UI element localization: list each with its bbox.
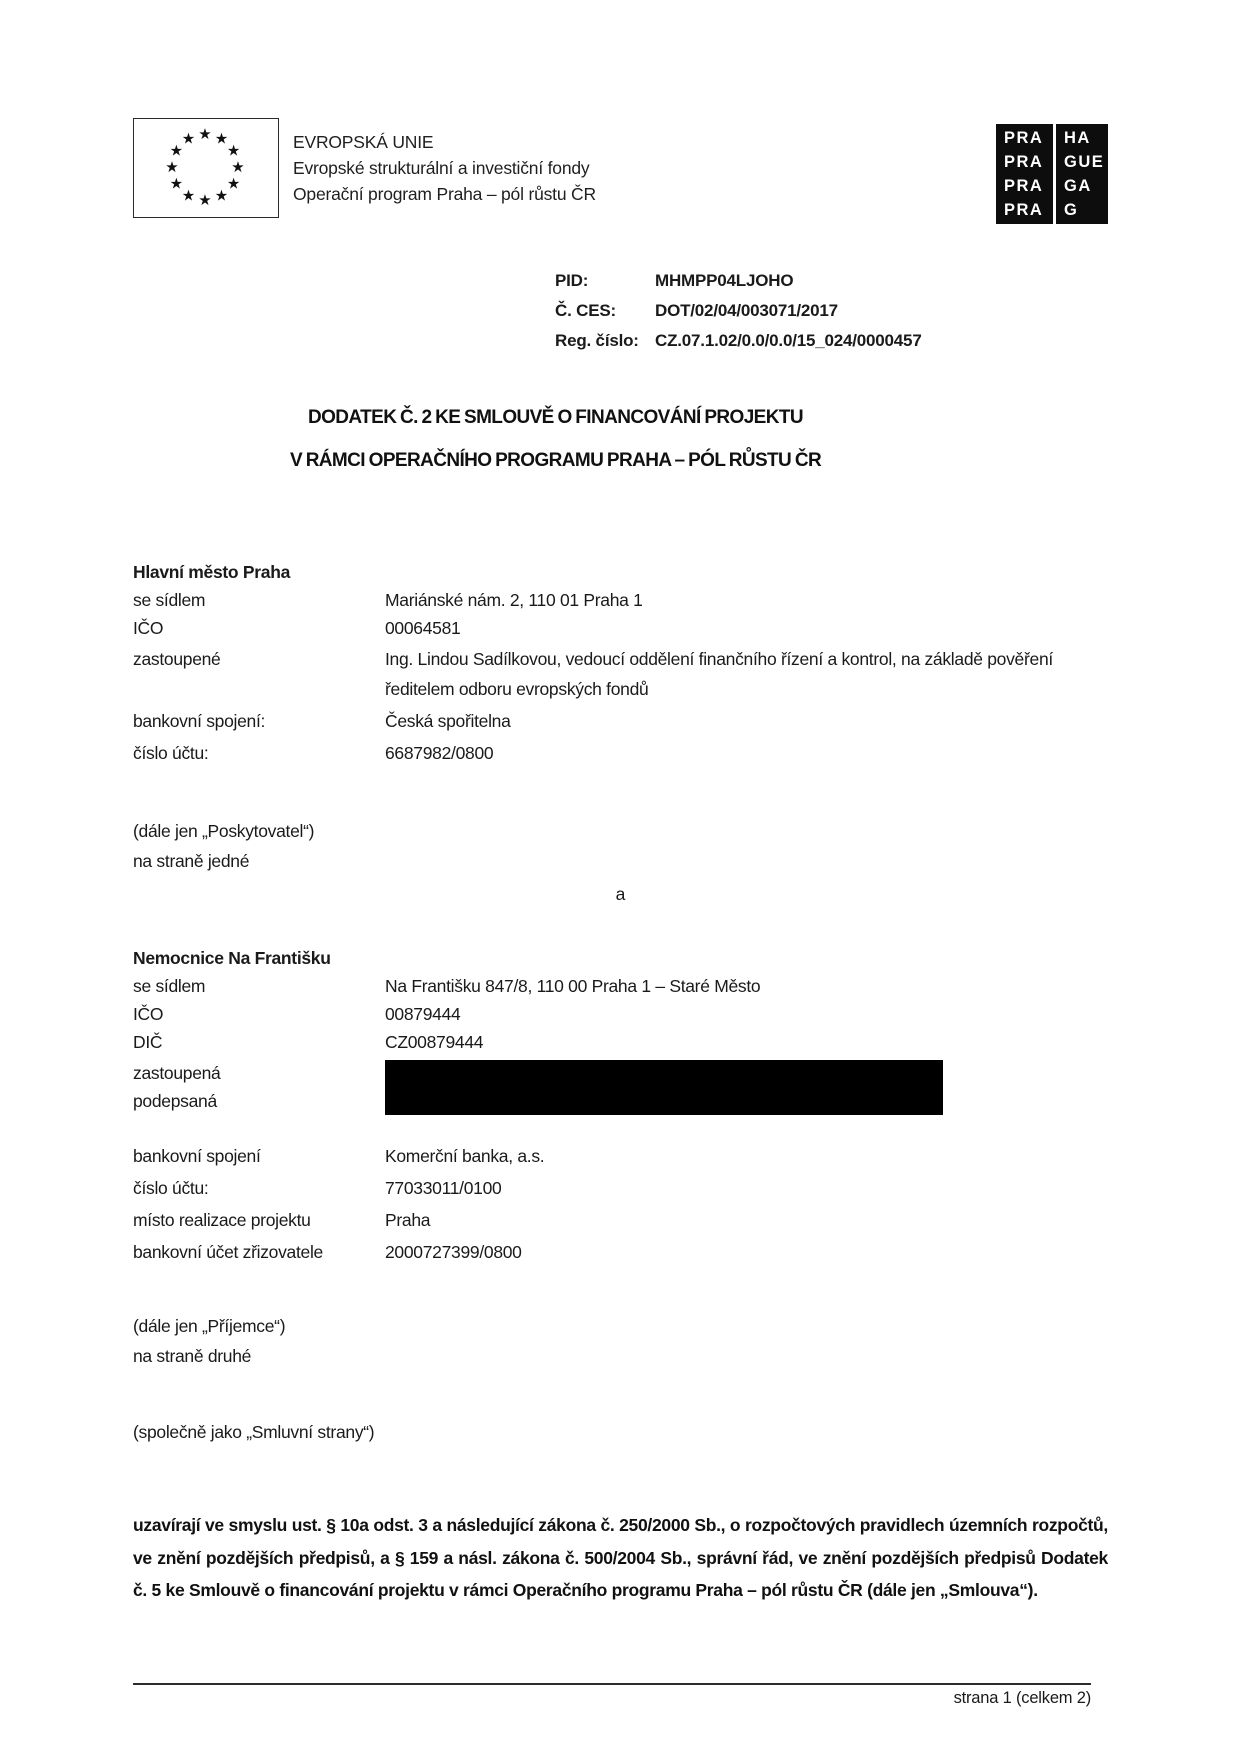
row-label: číslo účtu: [133, 738, 385, 768]
title-line1: DODATEK Č. 2 KE SMLOUVĚ O FINANCOVÁNÍ PR… [133, 396, 978, 439]
party1-side: na straně jedné [133, 846, 1108, 876]
pid-label: PID: [555, 266, 655, 296]
svg-text:★: ★ [198, 191, 211, 209]
row-value: CZ00879444 [385, 1028, 1108, 1056]
row-value: Na Františku 847/8, 110 00 Praha 1 – Sta… [385, 972, 1108, 1000]
row-label: IČO [133, 1000, 385, 1028]
row-label: podepsaná [133, 1087, 385, 1115]
party2-row-misto: místo realizace projektu Praha [133, 1205, 1108, 1235]
row-label: zastoupené [133, 644, 385, 704]
ces-line: Č. CES: DOT/02/04/003071/2017 [555, 296, 1108, 326]
praha-logo-text: G [1064, 198, 1101, 222]
party2-bank-rows: bankovní spojení Komerční banka, a.s. čí… [133, 1141, 1108, 1267]
svg-text:★: ★ [227, 175, 240, 193]
party1-name: Hlavní město Praha [133, 558, 1108, 586]
ces-value: DOT/02/04/003071/2017 [655, 296, 838, 326]
row-label: bankovní účet zřizovatele [133, 1237, 385, 1267]
praha-logo-text: PRA [1004, 198, 1046, 222]
party1-row-ucet: číslo účtu: 6687982/0800 [133, 738, 1108, 768]
row-value: Komerční banka, a.s. [385, 1141, 1108, 1171]
row-label: se sídlem [133, 972, 385, 1000]
row-label: bankovní spojení [133, 1141, 385, 1171]
party1-alias: (dále jen „Poskytovatel“) [133, 816, 1108, 846]
document-page: ★ ★ ★ ★ ★ ★ ★ ★ ★ ★ ★ ★ [0, 0, 1241, 1755]
row-value: Česká spořitelna [385, 706, 1108, 736]
eu-flag-icon: ★ ★ ★ ★ ★ ★ ★ ★ ★ ★ ★ ★ [133, 118, 279, 218]
closing-paragraph: uzavírají ve smyslu ust. § 10a odst. 3 a… [133, 1509, 1108, 1607]
row-label: zastoupená [133, 1059, 385, 1087]
redaction-black-box [385, 1060, 943, 1115]
praha-prague-logo: PRA PRA PRA PRA HA GUE GA G [996, 124, 1108, 224]
eu-program-text: EVROPSKÁ UNIE Evropské strukturální a in… [293, 129, 596, 207]
party1-row-banka: bankovní spojení: Česká spořitelna [133, 706, 1108, 736]
row-value: 77033011/0100 [385, 1173, 1108, 1203]
svg-text:★: ★ [215, 187, 228, 205]
pid-line: PID: MHMPP04LJOHO [555, 266, 1108, 296]
conjunction-a: a [133, 880, 1108, 908]
row-value: 6687982/0800 [385, 738, 1108, 768]
eu-text-line3: Operační program Praha – pól růstu ČR [293, 181, 596, 207]
row-label: číslo účtu: [133, 1173, 385, 1203]
row-label: DIČ [133, 1028, 385, 1056]
title-line2: V RÁMCI OPERAČNÍHO PROGRAMU PRAHA – PÓL … [133, 439, 978, 482]
party1-row-zastoupene: zastoupené Ing. Lindou Sadílkovou, vedou… [133, 644, 1108, 704]
ces-label: Č. CES: [555, 296, 655, 326]
party1-block: Hlavní město Praha se sídlem Mariánské n… [133, 558, 1108, 768]
party2-block: Nemocnice Na Františku se sídlem Na Fran… [133, 944, 1108, 1267]
party2-row-ucet-zrizovatele: bankovní účet zřizovatele 2000727399/080… [133, 1237, 1108, 1267]
party2-row-sidlo: se sídlem Na Františku 847/8, 110 00 Pra… [133, 972, 1108, 1000]
row-value: Mariánské nám. 2, 110 01 Praha 1 [385, 586, 1108, 614]
party2-side: na straně druhé [133, 1341, 1108, 1371]
reg-value: CZ.07.1.02/0.0/0.0/15_024/0000457 [655, 326, 922, 356]
row-value: Praha [385, 1205, 1108, 1235]
row-label: bankovní spojení: [133, 706, 385, 736]
reg-line: Reg. číslo: CZ.07.1.02/0.0/0.0/15_024/00… [555, 326, 1108, 356]
row-label: se sídlem [133, 586, 385, 614]
document-identifiers: PID: MHMPP04LJOHO Č. CES: DOT/02/04/0030… [555, 266, 1108, 356]
eu-text-line1: EVROPSKÁ UNIE [293, 129, 596, 155]
party2-row-ico: IČO 00879444 [133, 1000, 1108, 1028]
svg-text:★: ★ [165, 158, 178, 176]
page-number: strana 1 (celkem 2) [954, 1689, 1091, 1707]
row-label: místo realizace projektu [133, 1205, 385, 1235]
svg-text:★: ★ [170, 175, 183, 193]
praha-logo-text: PRA [1004, 126, 1046, 150]
party1-alias-block: (dále jen „Poskytovatel“) na straně jedn… [133, 816, 1108, 876]
row-value: 2000727399/0800 [385, 1237, 1108, 1267]
party2-row-dic: DIČ CZ00879444 [133, 1028, 1108, 1056]
document-title: DODATEK Č. 2 KE SMLOUVĚ O FINANCOVÁNÍ PR… [133, 396, 978, 482]
praha-logo-text: PRA [1004, 174, 1046, 198]
joint-parties-note: (společně jako „Smluvní strany“) [133, 1417, 1108, 1447]
praha-logo-left-column: PRA PRA PRA PRA [996, 124, 1053, 224]
eu-text-line2: Evropské strukturální a investiční fondy [293, 155, 596, 181]
praha-logo-text: HA [1064, 126, 1101, 150]
svg-text:★: ★ [182, 187, 195, 205]
praha-logo-right-column: HA GUE GA G [1056, 124, 1108, 224]
svg-text:★: ★ [198, 125, 211, 143]
party2-name: Nemocnice Na Františku [133, 944, 1108, 972]
reg-label: Reg. číslo: [555, 326, 655, 356]
page-footer: strana 1 (celkem 2) [133, 1683, 1091, 1708]
svg-text:★: ★ [182, 129, 195, 147]
party1-row-sidlo: se sídlem Mariánské nám. 2, 110 01 Praha… [133, 586, 1108, 614]
svg-text:★: ★ [231, 158, 244, 176]
eu-logo-block: ★ ★ ★ ★ ★ ★ ★ ★ ★ ★ ★ ★ [133, 118, 596, 218]
party2-row-banka: bankovní spojení Komerční banka, a.s. [133, 1141, 1108, 1171]
praha-logo-text: GUE [1064, 150, 1101, 174]
pid-value: MHMPP04LJOHO [655, 266, 793, 296]
praha-logo-text: PRA [1004, 150, 1046, 174]
praha-logo-text: GA [1064, 174, 1101, 198]
svg-text:★: ★ [227, 142, 240, 160]
party2-row-ucet: číslo účtu: 77033011/0100 [133, 1173, 1108, 1203]
party2-redacted-representative: zastoupená podepsaná [133, 1059, 1108, 1115]
party1-row-ico: IČO 00064581 [133, 614, 1108, 642]
row-label: IČO [133, 614, 385, 642]
redacted-row-labels: zastoupená podepsaná [133, 1059, 385, 1115]
row-value: Ing. Lindou Sadílkovou, vedoucí oddělení… [385, 644, 1108, 704]
row-value: 00879444 [385, 1000, 1108, 1028]
party2-alias-block: (dále jen „Příjemce“) na straně druhé [133, 1311, 1108, 1371]
row-value: 00064581 [385, 614, 1108, 642]
party2-alias: (dále jen „Příjemce“) [133, 1311, 1108, 1341]
document-header: ★ ★ ★ ★ ★ ★ ★ ★ ★ ★ ★ ★ [133, 118, 1108, 224]
